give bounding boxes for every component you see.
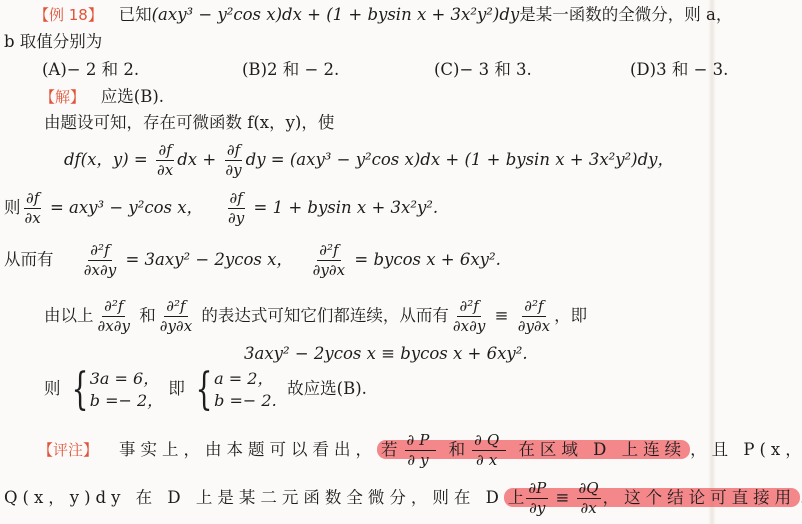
option-d-label: (D) <box>630 60 656 79</box>
label-hence: 从而有 <box>4 250 54 269</box>
continuity-prefix: 由以上 <box>44 306 94 325</box>
problem-stem-line2: b 取值分别为 <box>4 31 102 53</box>
example-tag: 【例 18】 <box>34 6 103 24</box>
continuity-suffix: ，即 <box>554 306 587 325</box>
option-d: (D)3 和 − 3. <box>630 59 728 81</box>
continuity-statement: 由以上∂²f∂x∂y 和∂²f∂y∂x 的表达式可知它们都连续，从而有∂²f∂x… <box>44 296 587 336</box>
option-b: (B)2 和 − 2. <box>242 59 339 81</box>
stem-prefix: 已知 <box>119 5 152 24</box>
option-b-label: (B) <box>242 60 267 79</box>
fraction-df-dx: ∂f∂x <box>155 143 175 178</box>
option-b-text: 2 和 − 2. <box>267 60 339 79</box>
note-text1: 事实上，由本题可以看出， <box>119 440 377 459</box>
equation-second-partials: 从而有 ∂²f∂x∂y = 3axy² − 2ycos x， ∂²f∂y∂x =… <box>4 240 501 280</box>
system-conclusion: 故应选(B). <box>287 379 367 398</box>
fraction-d2f-dxdy: ∂²f∂x∂y <box>96 299 132 334</box>
label-then: 则 <box>4 198 21 217</box>
system-right: {a = 2，b =− 2. <box>190 368 277 412</box>
solution-intro: 由题设可知，存在可微函数 f(x，y)，使 <box>44 112 334 134</box>
solution-tag: 【解】 <box>40 88 85 106</box>
option-d-text: 3 和 − 3. <box>656 60 728 79</box>
fraction-df-dx: ∂f∂x <box>23 191 43 226</box>
stem-suffix: 是某一函数的全微分，则 a， <box>519 5 732 24</box>
document-page: 【例 18】 已知(axy³ − y²cos x)dx + (1 + bysin… <box>0 0 802 524</box>
continuity-and: 和 <box>139 306 156 325</box>
option-a: (A)− 2 和 2. <box>42 59 139 81</box>
fraction-df-dy: ∂f∂y <box>223 143 243 178</box>
eq1-lhs: df(x，y) = <box>64 150 148 169</box>
option-c-text: − 3 和 3. <box>460 60 532 79</box>
note-line1: 【评注】 事实上，由本题可以看出，若∂P∂y 和∂Q∂x 在区域 D 上连续，且… <box>38 430 802 470</box>
fyx-value: = bycos x + 6xy². <box>354 250 500 269</box>
equation-total-differential: df(x，y) = ∂f∂xdx + ∂f∂ydy = (axy³ − y²co… <box>64 140 674 180</box>
fraction-d2f-dydx: ∂²f∂y∂x <box>311 243 347 278</box>
note-tag: 【评注】 <box>38 441 98 459</box>
fraction-d2f-dydx: ∂²f∂y∂x <box>516 299 552 334</box>
fy-value: = 1 + bysin x + 3x²y². <box>254 198 439 217</box>
highlight-conclusion: 上∂P∂y ≡ ∂Q∂x，这个结论可直接用 <box>504 488 800 507</box>
fxy-value: = 3axy² − 2ycos x， <box>125 250 292 269</box>
problem-stem-line1: 【例 18】 已知(axy³ − y²cos x)dx + (1 + bysin… <box>34 4 732 26</box>
fraction-df-dy: ∂f∂y <box>226 191 246 226</box>
system-mid: 即 <box>168 379 185 398</box>
note-text2: Q(x，y)dy 在 D 上是某二元函数全微分，则在 D <box>4 488 504 507</box>
equation-first-partials: 则∂f∂x = axy³ − y²cos x， ∂f∂y = 1 + bysin… <box>4 188 438 228</box>
system-prefix: 则 <box>44 379 61 398</box>
continuity-mid: 的表达式可知它们都连续，从而有 <box>201 306 449 325</box>
solution-header: 【解】 应选(B). <box>40 86 164 108</box>
system-of-equations: 则 {3a = 6，b =− 2， 即 {a = 2，b =− 2. 故应选(B… <box>44 366 367 412</box>
highlight-condition: 若∂P∂y 和∂Q∂x 在区域 D 上连续 <box>377 440 690 459</box>
eq1-rhs: = (axy³ − y²cos x)dx + (1 + bysin x + 3x… <box>271 150 674 169</box>
system-left: {3a = 6，b =− 2， <box>66 368 163 412</box>
option-c-label: (C) <box>434 60 460 79</box>
stem-expression: (axy³ − y²cos x)dx + (1 + bysin x + 3x²y… <box>152 5 520 24</box>
fraction-d2f-dydx: ∂²f∂y∂x <box>158 299 194 334</box>
note-line2: Q(x，y)dy 在 D 上是某二元函数全微分，则在 D上∂P∂y ≡ ∂Q∂x… <box>4 478 802 518</box>
note-text1-tail: ，且 P(x，y)dx + <box>690 440 802 459</box>
identity-equation: 3axy² − 2ycos x ≡ bycos x + 6xy². <box>244 343 528 365</box>
fraction-d2f-dxdy: ∂²f∂x∂y <box>82 243 118 278</box>
option-c: (C)− 3 和 3. <box>434 59 532 81</box>
fraction-d2f-dxdy: ∂²f∂x∂y <box>451 299 487 334</box>
solution-answer: 应选(B). <box>101 87 164 106</box>
option-a-label: (A) <box>42 60 67 79</box>
option-a-text: − 2 和 2. <box>67 60 139 79</box>
equiv-symbol: ≡ <box>495 306 509 325</box>
fx-value: = axy³ − y²cos x， <box>50 198 203 217</box>
